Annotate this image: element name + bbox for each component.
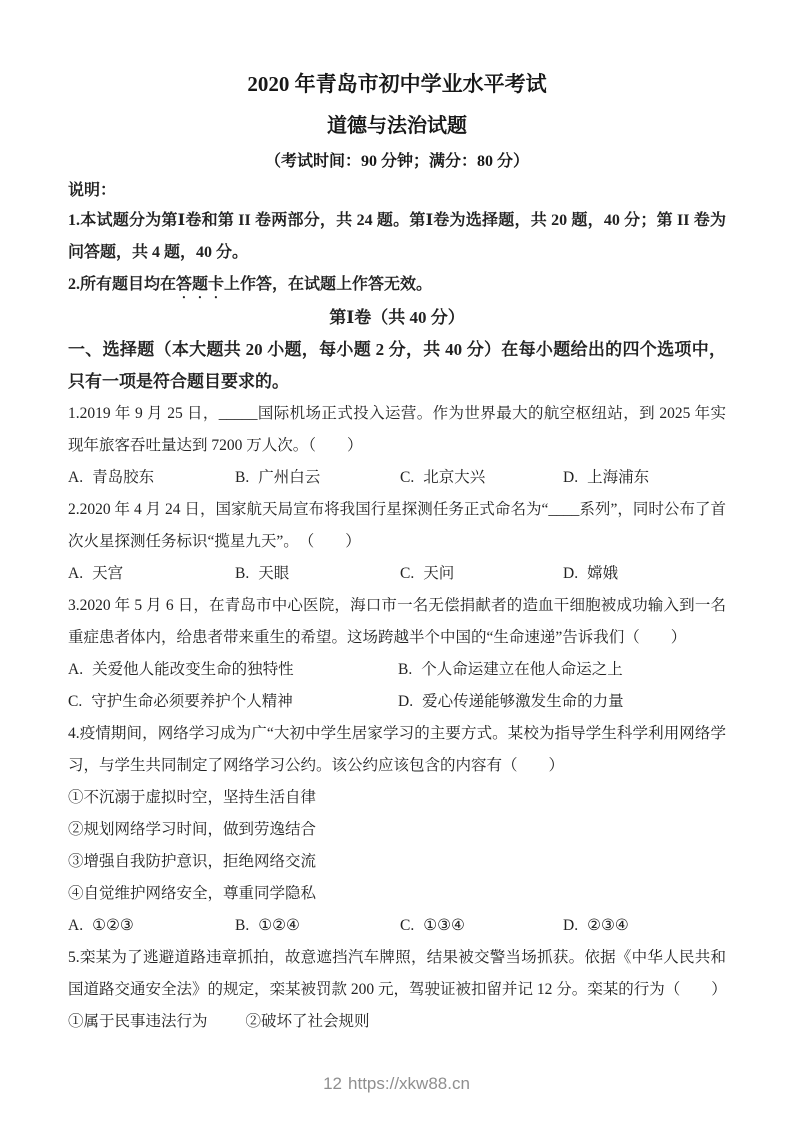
question-3-option-b: B.个人命运建立在他人命运之上 <box>398 654 726 686</box>
question-1-options: A.青岛胶东 B.广州白云 C.北京大兴 D.上海浦东 <box>68 462 726 494</box>
question-2-options: A.天宫 B.天眼 C.天问 D.嫦娥 <box>68 558 726 590</box>
question-4-item-4: ④自觉维护网络安全，尊重同学隐私 <box>68 878 726 910</box>
question-5-stem: 5.栾某为了逃避道路违章抓拍，故意遮挡汽车牌照，结果被交警当场抓获。依据《中华人… <box>68 942 726 1006</box>
question-1-option-b: B.广州白云 <box>235 462 400 494</box>
document-title: 2020 年青岛市初中学业水平考试 <box>68 68 726 100</box>
question-2-stem: 2.2020 年 4 月 24 日，国家航天局宣布将我国行星探测任务正式命名为“… <box>68 494 726 558</box>
page-footer: 12https://xkw88.cn <box>0 1072 793 1096</box>
question-5-items: ①属于民事违法行为 ②破坏了社会规则 <box>68 1006 726 1038</box>
page-number: 12 <box>323 1074 342 1093</box>
question-1-option-c: C.北京大兴 <box>400 462 563 494</box>
question-4-option-c: C.①③④ <box>400 910 563 942</box>
exam-paper-page: 2020 年青岛市初中学业水平考试 道德与法治试题 （考试时间：90 分钟；满分… <box>0 0 793 1122</box>
question-4-item-1: ①不沉溺于虚拟时空，坚持生活自律 <box>68 782 726 814</box>
question-1-stem: 1.2019 年 9 月 25 日，_____国际机场正式投入运营。作为世界最大… <box>68 398 726 462</box>
question-2-option-d: D.嫦娥 <box>563 558 726 590</box>
question-4-option-b: B.①②④ <box>235 910 400 942</box>
question-5-item-2: ②破坏了社会规则 <box>246 1006 370 1038</box>
question-4-stem: 4.疫情期间，网络学习成为广“大初中学生居家学习的主要方式。某校为指导学生科学利… <box>68 718 726 782</box>
question-3-option-a: A.关爱他人能改变生命的独特性 <box>68 654 398 686</box>
question-3-option-c: C.守护生命必须要养护个人精神 <box>68 686 398 718</box>
question-1-option-a: A.青岛胶东 <box>68 462 235 494</box>
question-2-option-c: C.天问 <box>400 558 563 590</box>
question-5-item-1: ①属于民事违法行为 <box>68 1006 208 1038</box>
question-4-option-d: D.②③④ <box>563 910 726 942</box>
question-2: 2.2020 年 4 月 24 日，国家航天局宣布将我国行星探测任务正式命名为“… <box>68 494 726 590</box>
note-2-suffix: 上作答，在试题上作答无效。 <box>224 276 432 293</box>
question-5: 5.栾某为了逃避道路违章抓拍，故意遮挡汽车牌照，结果被交警当场抓获。依据《中华人… <box>68 942 726 1038</box>
question-1-option-d: D.上海浦东 <box>563 462 726 494</box>
section-1-heading: 第Ⅰ卷（共 40 分） <box>68 302 726 334</box>
question-3-options-row-2: C.守护生命必须要养护个人精神 D.爱心传递能够激发生命的力量 <box>68 686 726 718</box>
notes-label: 说明： <box>68 177 726 205</box>
question-4-item-2: ②规划网络学习时间，做到劳逸结合 <box>68 814 726 846</box>
note-2-prefix: 2.所有题目均在 <box>68 276 176 293</box>
exam-info-line: （考试时间：90 分钟；满分：80 分） <box>68 151 726 173</box>
footer-watermark-url: https://xkw88.cn <box>348 1074 470 1093</box>
question-3-option-d: D.爱心传递能够激发生命的力量 <box>398 686 726 718</box>
question-3-stem: 3.2020 年 5 月 6 日，在青岛市中心医院，海口市一名无偿捐献者的造血干… <box>68 590 726 654</box>
question-4-options: A.①②③ B.①②④ C.①③④ D.②③④ <box>68 910 726 942</box>
question-4-item-3: ③增强自我防护意识，拒绝网络交流 <box>68 846 726 878</box>
question-2-option-b: B.天眼 <box>235 558 400 590</box>
question-2-option-a: A.天宫 <box>68 558 235 590</box>
note-2-emphasized-term: 答题卡 <box>176 276 224 293</box>
question-1: 1.2019 年 9 月 25 日，_____国际机场正式投入运营。作为世界最大… <box>68 398 726 494</box>
question-4-option-a: A.①②③ <box>68 910 235 942</box>
note-2: 2.所有题目均在答题卡上作答，在试题上作答无效。 <box>68 269 726 302</box>
section-1-intro: 一、选择题（本大题共 20 小题，每小题 2 分，共 40 分）在每小题给出的四… <box>68 334 726 398</box>
question-4: 4.疫情期间，网络学习成为广“大初中学生居家学习的主要方式。某校为指导学生科学利… <box>68 718 726 942</box>
note-1: 1.本试题分为第Ⅰ卷和第 II 卷两部分，共 24 题。第Ⅰ卷为选择题，共 20… <box>68 205 726 269</box>
question-3-options-row-1: A.关爱他人能改变生命的独特性 B.个人命运建立在他人命运之上 <box>68 654 726 686</box>
document-subtitle: 道德与法治试题 <box>68 110 726 142</box>
question-3: 3.2020 年 5 月 6 日，在青岛市中心医院，海口市一名无偿捐献者的造血干… <box>68 590 726 718</box>
